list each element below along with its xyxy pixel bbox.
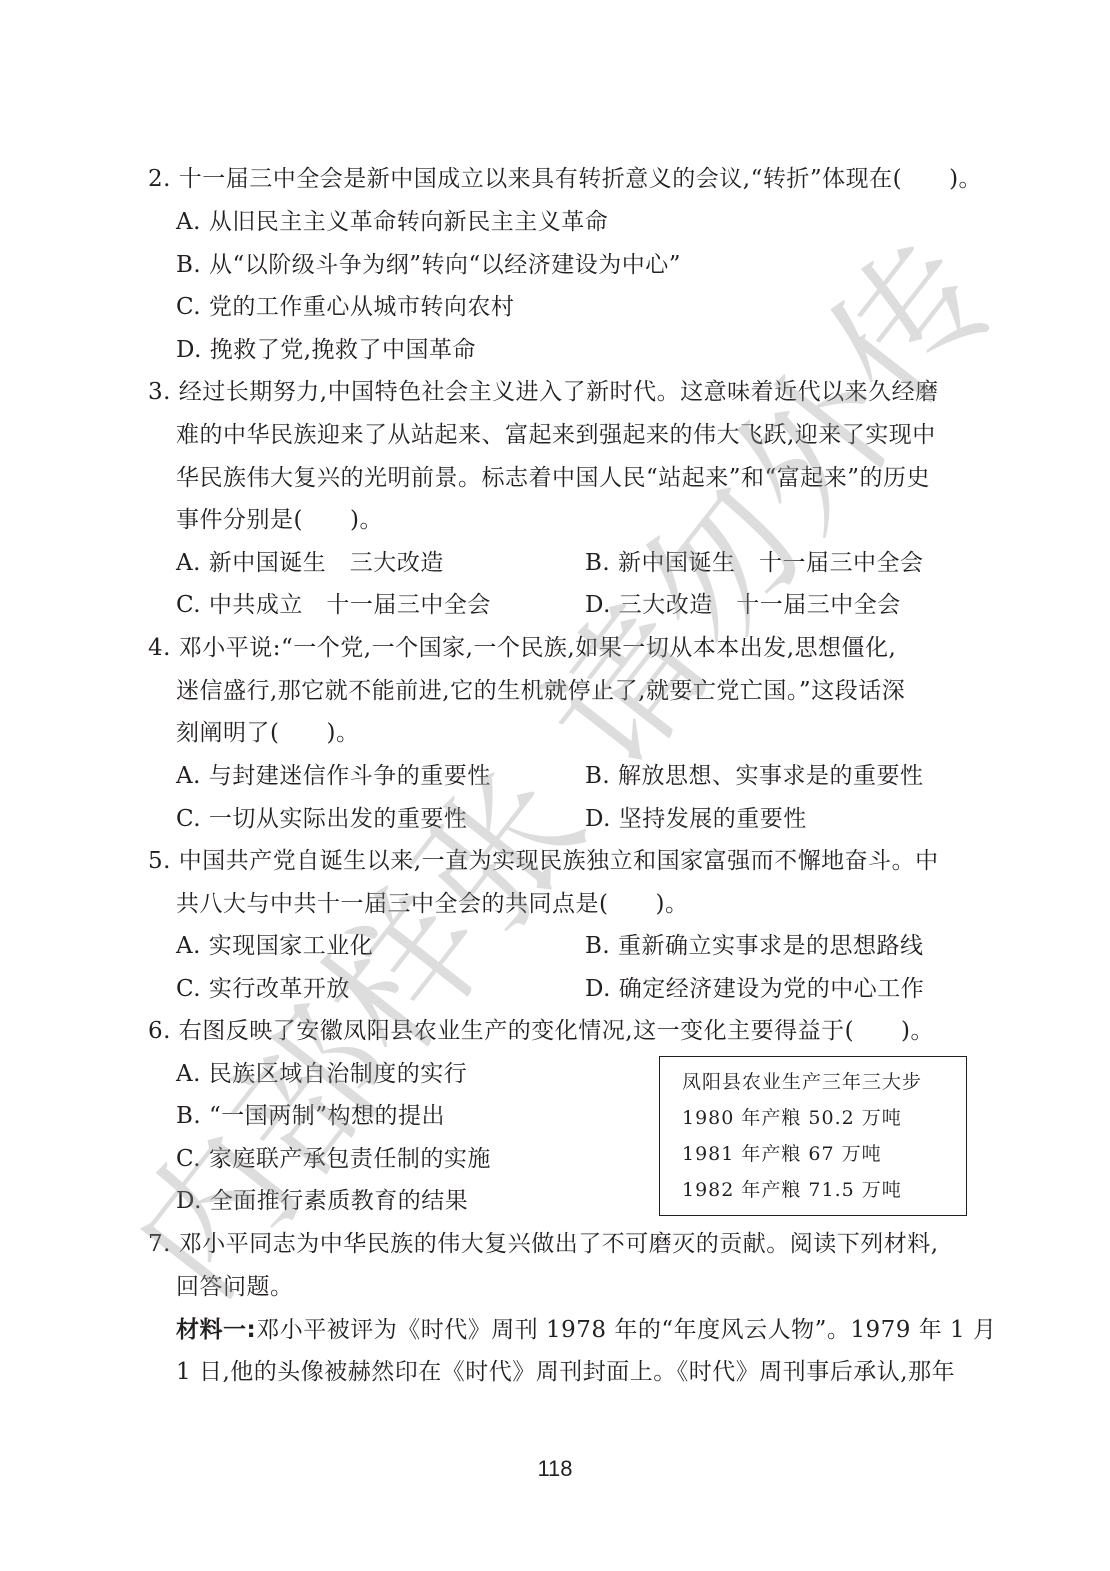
question-6-stem: 6. 右图反映了安徽凤阳县农业生产的变化情况,这一变化主要得益于( )。	[148, 1016, 934, 1046]
option-label: A.	[176, 933, 201, 959]
option-text: “一国两制”构想的提出	[209, 1103, 445, 1129]
option-b: B. “一国两制”构想的提出	[176, 1101, 445, 1131]
option-label: C.	[176, 1146, 201, 1172]
option-d: D. 坚持发展的重要性	[585, 804, 807, 834]
question-text: 右图反映了安徽凤阳县农业生产的变化情况,这一变化主要得益于( )。	[179, 1018, 934, 1044]
question-text: 十一届三中全会是新中国成立以来具有转折意义的会议,“转折”体现在( )。	[179, 166, 982, 192]
option-label: C.	[176, 976, 201, 1002]
question-5-stem-line-1: 5. 中国共产党自诞生以来,一直为实现民族独立和国家富强而不懈地奋斗。中	[148, 846, 939, 876]
option-a: A. 与封建迷信作斗争的重要性	[176, 761, 491, 791]
figure-box-row-1981: 1981 年产粮 67 万吨	[682, 1141, 882, 1167]
option-d: D. 确定经济建设为党的中心工作	[585, 974, 924, 1004]
question-number: 2.	[148, 166, 171, 192]
question-5-stem-line-2: 共八大与中共十一届三中全会的共同点是( )。	[176, 889, 688, 919]
option-b: B. 从“以阶级斗争为纲”转向“以经济建设为中心”	[176, 250, 681, 280]
question-number: 7.	[148, 1231, 171, 1257]
option-c: C. 家庭联产承包责任制的实施	[176, 1144, 491, 1174]
option-label: C.	[176, 294, 201, 320]
option-label: B.	[585, 550, 610, 576]
option-label: B.	[585, 933, 610, 959]
question-text: 邓小平说:“一个党,一个国家,一个民族,如果一切从本本出发,思想僵化,	[179, 635, 897, 661]
option-text: 实现国家工业化	[209, 933, 374, 959]
question-text: 中国共产党自诞生以来,一直为实现民族独立和国家富强而不懈地奋斗。中	[179, 848, 939, 874]
option-text: 从“以阶级斗争为纲”转向“以经济建设为中心”	[209, 252, 681, 278]
question-3-stem-line-3: 华民族伟大复兴的光明前景。标志着中国人民“站起来”和“富起来”的历史	[176, 463, 930, 493]
option-label: A.	[176, 1061, 201, 1087]
question-7-stem-line-1: 7. 邓小平同志为中华民族的伟大复兴做出了不可磨灭的贡献。阅读下列材料,	[148, 1229, 939, 1259]
option-text: 新中国诞生 三大改造	[209, 550, 444, 576]
option-label: D.	[176, 337, 202, 363]
material-label: 材料一:	[176, 1317, 256, 1343]
option-label: B.	[585, 763, 610, 789]
option-label: D.	[585, 976, 611, 1002]
question-text: 邓小平同志为中华民族的伟大复兴做出了不可磨灭的贡献。阅读下列材料,	[179, 1231, 939, 1257]
question-3-stem-line-4: 事件分别是( )。	[176, 505, 383, 535]
option-b: B. 重新确立实事求是的思想路线	[585, 931, 924, 961]
option-d: D. 挽救了党,挽救了中国革命	[176, 335, 476, 365]
option-c: C. 一切从实际出发的重要性	[176, 804, 467, 834]
option-text: 与封建迷信作斗争的重要性	[209, 763, 491, 789]
option-label: D.	[176, 1188, 202, 1214]
option-text: 民族区域自治制度的实行	[209, 1061, 468, 1087]
option-label: D.	[585, 806, 611, 832]
document-page: 2. 十一届三中全会是新中国成立以来具有转折意义的会议,“转折”体现在( )。 …	[0, 0, 1110, 1571]
option-text: 重新确立实事求是的思想路线	[618, 933, 924, 959]
option-text: 中共成立 十一届三中全会	[209, 592, 491, 618]
figure-box-grain-output: 凤阳县农业生产三年三大步 1980 年产粮 50.2 万吨 1981 年产粮 6…	[659, 1056, 967, 1216]
option-c: C. 中共成立 十一届三中全会	[176, 590, 491, 620]
option-text: 党的工作重心从城市转向农村	[209, 294, 515, 320]
option-text: 挽救了党,挽救了中国革命	[210, 337, 476, 363]
option-a: A. 新中国诞生 三大改造	[176, 548, 444, 578]
option-text: 实行改革开放	[209, 976, 350, 1002]
question-3-stem-line-1: 3. 经过长期努力,中国特色社会主义进入了新时代。这意味着近代以来久经磨	[148, 377, 939, 407]
option-text: 家庭联产承包责任制的实施	[209, 1146, 491, 1172]
question-4-stem-line-1: 4. 邓小平说:“一个党,一个国家,一个民族,如果一切从本本出发,思想僵化,	[148, 633, 896, 663]
option-b: B. 新中国诞生 十一届三中全会	[585, 548, 924, 578]
option-a: A. 从旧民主主义革命转向新民主主义革命	[176, 207, 608, 237]
question-number: 6.	[148, 1018, 171, 1044]
option-text: 从旧民主主义革命转向新民主主义革命	[209, 209, 609, 235]
option-d: D. 三大改造 十一届三中全会	[585, 590, 901, 620]
question-4-stem-line-2: 迷信盛行,那它就不能前进,它的生机就停止了,就要亡党亡国。”这段话深	[176, 676, 905, 706]
option-c: C. 实行改革开放	[176, 974, 350, 1004]
option-text: 解放思想、实事求是的重要性	[618, 763, 924, 789]
question-number: 3.	[148, 379, 171, 405]
material-one-line-2: 1 日,他的头像被赫然印在《时代》周刊封面上。《时代》周刊事后承认,那年	[176, 1357, 955, 1387]
question-number: 5.	[148, 848, 171, 874]
option-label: C.	[176, 806, 201, 832]
option-text: 一切从实际出发的重要性	[209, 806, 468, 832]
option-text: 三大改造 十一届三中全会	[619, 592, 901, 618]
figure-box-title: 凤阳县农业生产三年三大步	[682, 1069, 922, 1095]
option-label: A.	[176, 209, 201, 235]
question-3-stem-line-2: 难的中华民族迎来了从站起来、富起来到强起来的伟大飞跃,迎来了实现中	[176, 420, 936, 450]
material-one-line-1: 材料一:邓小平被评为《时代》周刊 1978 年的“年度风云人物”。1979 年 …	[176, 1315, 996, 1345]
option-text: 新中国诞生 十一届三中全会	[618, 550, 924, 576]
question-text: 经过长期努力,中国特色社会主义进入了新时代。这意味着近代以来久经磨	[179, 379, 939, 405]
option-text: 坚持发展的重要性	[619, 806, 807, 832]
question-number: 4.	[148, 635, 171, 661]
option-label: C.	[176, 592, 201, 618]
option-text: 确定经济建设为党的中心工作	[619, 976, 925, 1002]
page-number: 118	[0, 1456, 1110, 1482]
figure-box-row-1980: 1980 年产粮 50.2 万吨	[682, 1105, 902, 1131]
option-a: A. 实现国家工业化	[176, 931, 373, 961]
question-4-stem-line-3: 刻阐明了( )。	[176, 718, 359, 748]
option-label: B.	[176, 1103, 201, 1129]
option-text: 全面推行素质教育的结果	[210, 1188, 469, 1214]
material-text: 邓小平被评为《时代》周刊 1978 年的“年度风云人物”。1979 年 1 月	[256, 1317, 996, 1343]
option-d: D. 全面推行素质教育的结果	[176, 1186, 468, 1216]
figure-box-row-1982: 1982 年产粮 71.5 万吨	[682, 1177, 902, 1203]
option-label: A.	[176, 550, 201, 576]
option-label: B.	[176, 252, 201, 278]
question-2-stem: 2. 十一届三中全会是新中国成立以来具有转折意义的会议,“转折”体现在( )。	[148, 164, 982, 194]
question-7-stem-line-2: 回答问题。	[176, 1272, 294, 1302]
option-b: B. 解放思想、实事求是的重要性	[585, 761, 924, 791]
option-label: A.	[176, 763, 201, 789]
option-c: C. 党的工作重心从城市转向农村	[176, 292, 514, 322]
option-a: A. 民族区域自治制度的实行	[176, 1059, 467, 1089]
option-label: D.	[585, 592, 611, 618]
